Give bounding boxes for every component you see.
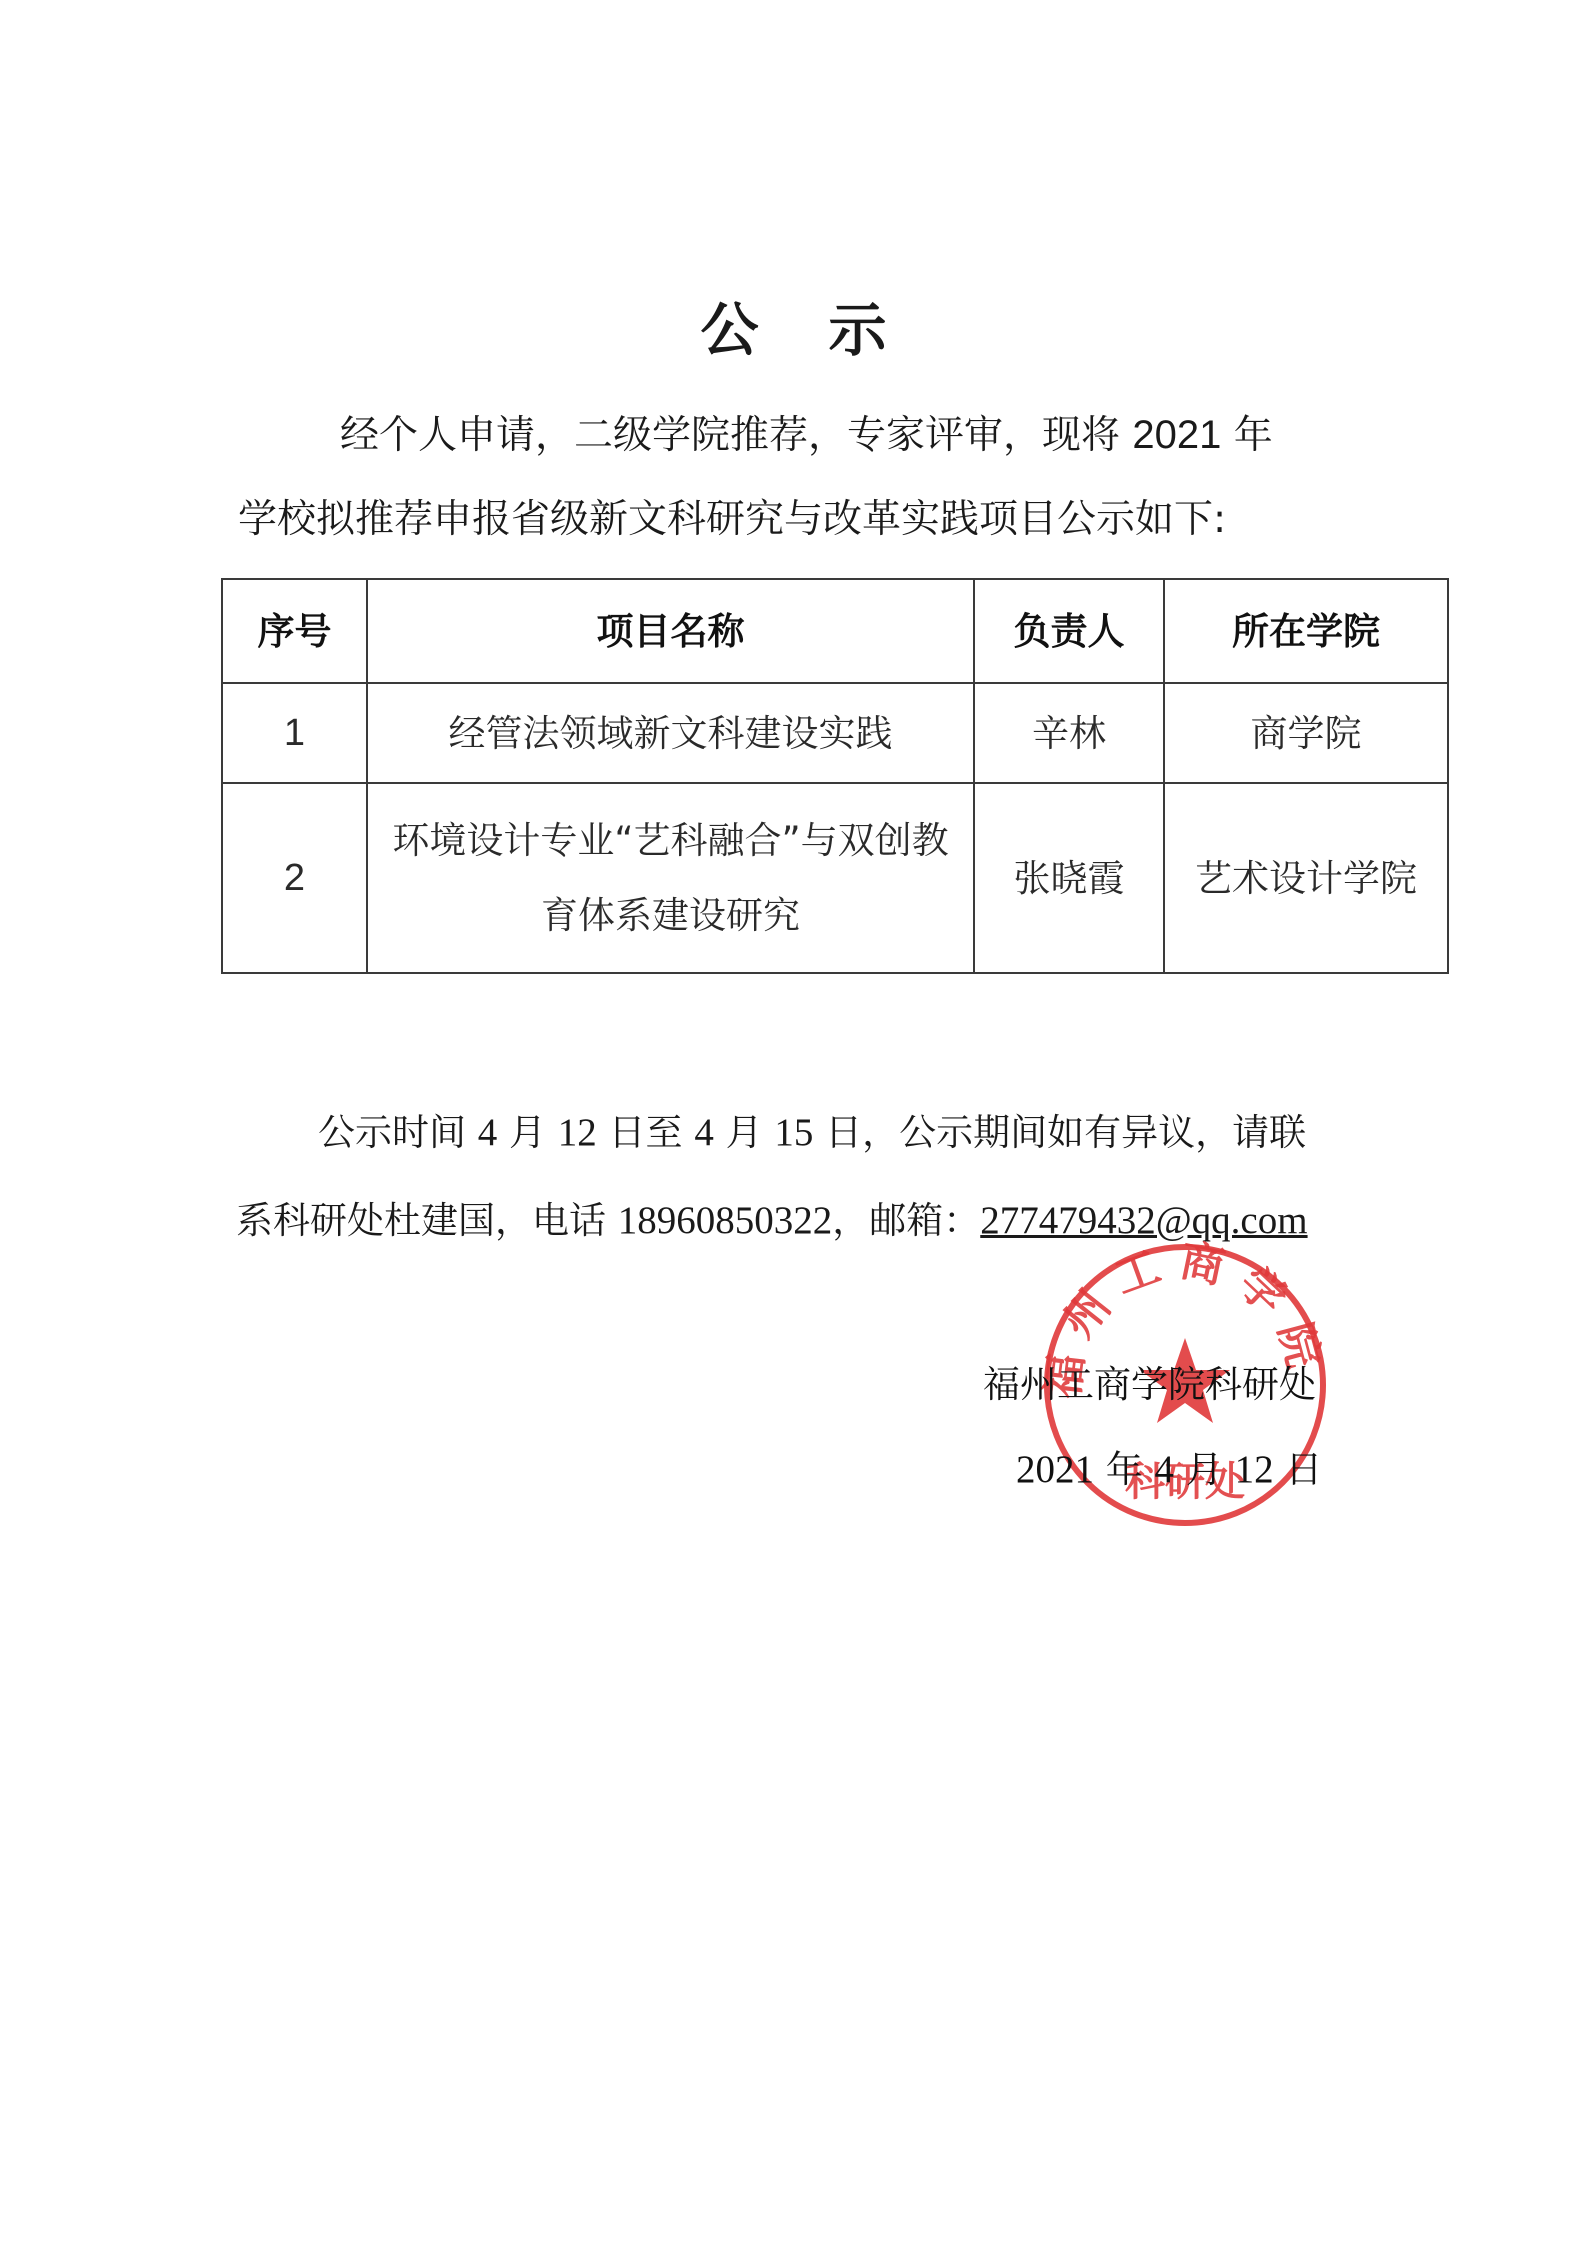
row-project-name: 经管法领域新文科建设实践 <box>367 683 974 783</box>
intro-year: 2021 <box>1132 413 1221 457</box>
table-row: 1 经管法领域新文科建设实践 辛林 商学院 <box>222 683 1448 783</box>
notice-text: 公示时间 <box>318 1111 478 1154</box>
notice-line-1: 公示时间 4 月 12 日至 4 月 15 日，公示期间如有异议，请联 <box>318 1093 1306 1173</box>
row-project-name: 环境设计专业“艺科融合”与双创教育体系建设研究 <box>367 783 974 973</box>
end-month: 4 <box>694 1111 714 1154</box>
contact-email-link[interactable]: 277479432@qq.com <box>980 1199 1307 1242</box>
row-college: 商学院 <box>1164 683 1448 783</box>
signature-date: 2021 年 4 月 12 日 <box>1016 1440 1322 1500</box>
date-text: 月 <box>1174 1448 1235 1491</box>
date-text: 年 <box>1094 1448 1155 1491</box>
contact-phone: 18960850322 <box>618 1199 833 1242</box>
notice-text: ，邮箱： <box>832 1199 980 1242</box>
intro-line-2: 学校拟推荐申报省级新文科研究与改革实践项目公示如下: <box>238 480 1226 560</box>
header-project-name: 项目名称 <box>367 579 974 683</box>
row-leader: 张晓霞 <box>974 783 1164 973</box>
project-table: 序号 项目名称 负责人 所在学院 1 经管法领域新文科建设实践 辛林 商学院 2… <box>221 578 1449 974</box>
table-row: 2 环境设计专业“艺科融合”与双创教育体系建设研究 张晓霞 艺术设计学院 <box>222 783 1448 973</box>
intro-text-a: 经个人申请，二级学院推荐，专家评审，现将 <box>340 413 1132 458</box>
header-college: 所在学院 <box>1164 579 1448 683</box>
intro-line-1: 经个人申请，二级学院推荐，专家评审，现将 2021 年 <box>340 395 1273 476</box>
row-index: 2 <box>222 783 367 973</box>
table-header-row: 序号 项目名称 负责人 所在学院 <box>222 579 1448 683</box>
row-college: 艺术设计学院 <box>1164 783 1448 973</box>
date-month: 4 <box>1155 1448 1175 1491</box>
end-day: 15 <box>774 1111 813 1154</box>
date-year: 2021 <box>1016 1448 1094 1491</box>
intro-text-b: 年 <box>1221 413 1272 458</box>
date-text: 日 <box>1274 1448 1323 1491</box>
notice-text: 日至 <box>597 1111 695 1154</box>
start-day: 12 <box>558 1111 597 1154</box>
page-title: 公示 <box>0 290 1587 370</box>
notice-text: 月 <box>497 1111 558 1154</box>
start-month: 4 <box>478 1111 498 1154</box>
row-index: 1 <box>222 683 367 783</box>
row-leader: 辛林 <box>974 683 1164 783</box>
header-index: 序号 <box>222 579 367 683</box>
header-leader: 负责人 <box>974 579 1164 683</box>
date-day: 12 <box>1235 1448 1274 1491</box>
signature-org: 福州工商学院科研处 <box>983 1355 1316 1415</box>
notice-text: 系科研处杜建国，电话 <box>236 1199 618 1242</box>
notice-text: 月 <box>714 1111 775 1154</box>
notice-text: 日，公示期间如有异议，请联 <box>813 1111 1306 1154</box>
